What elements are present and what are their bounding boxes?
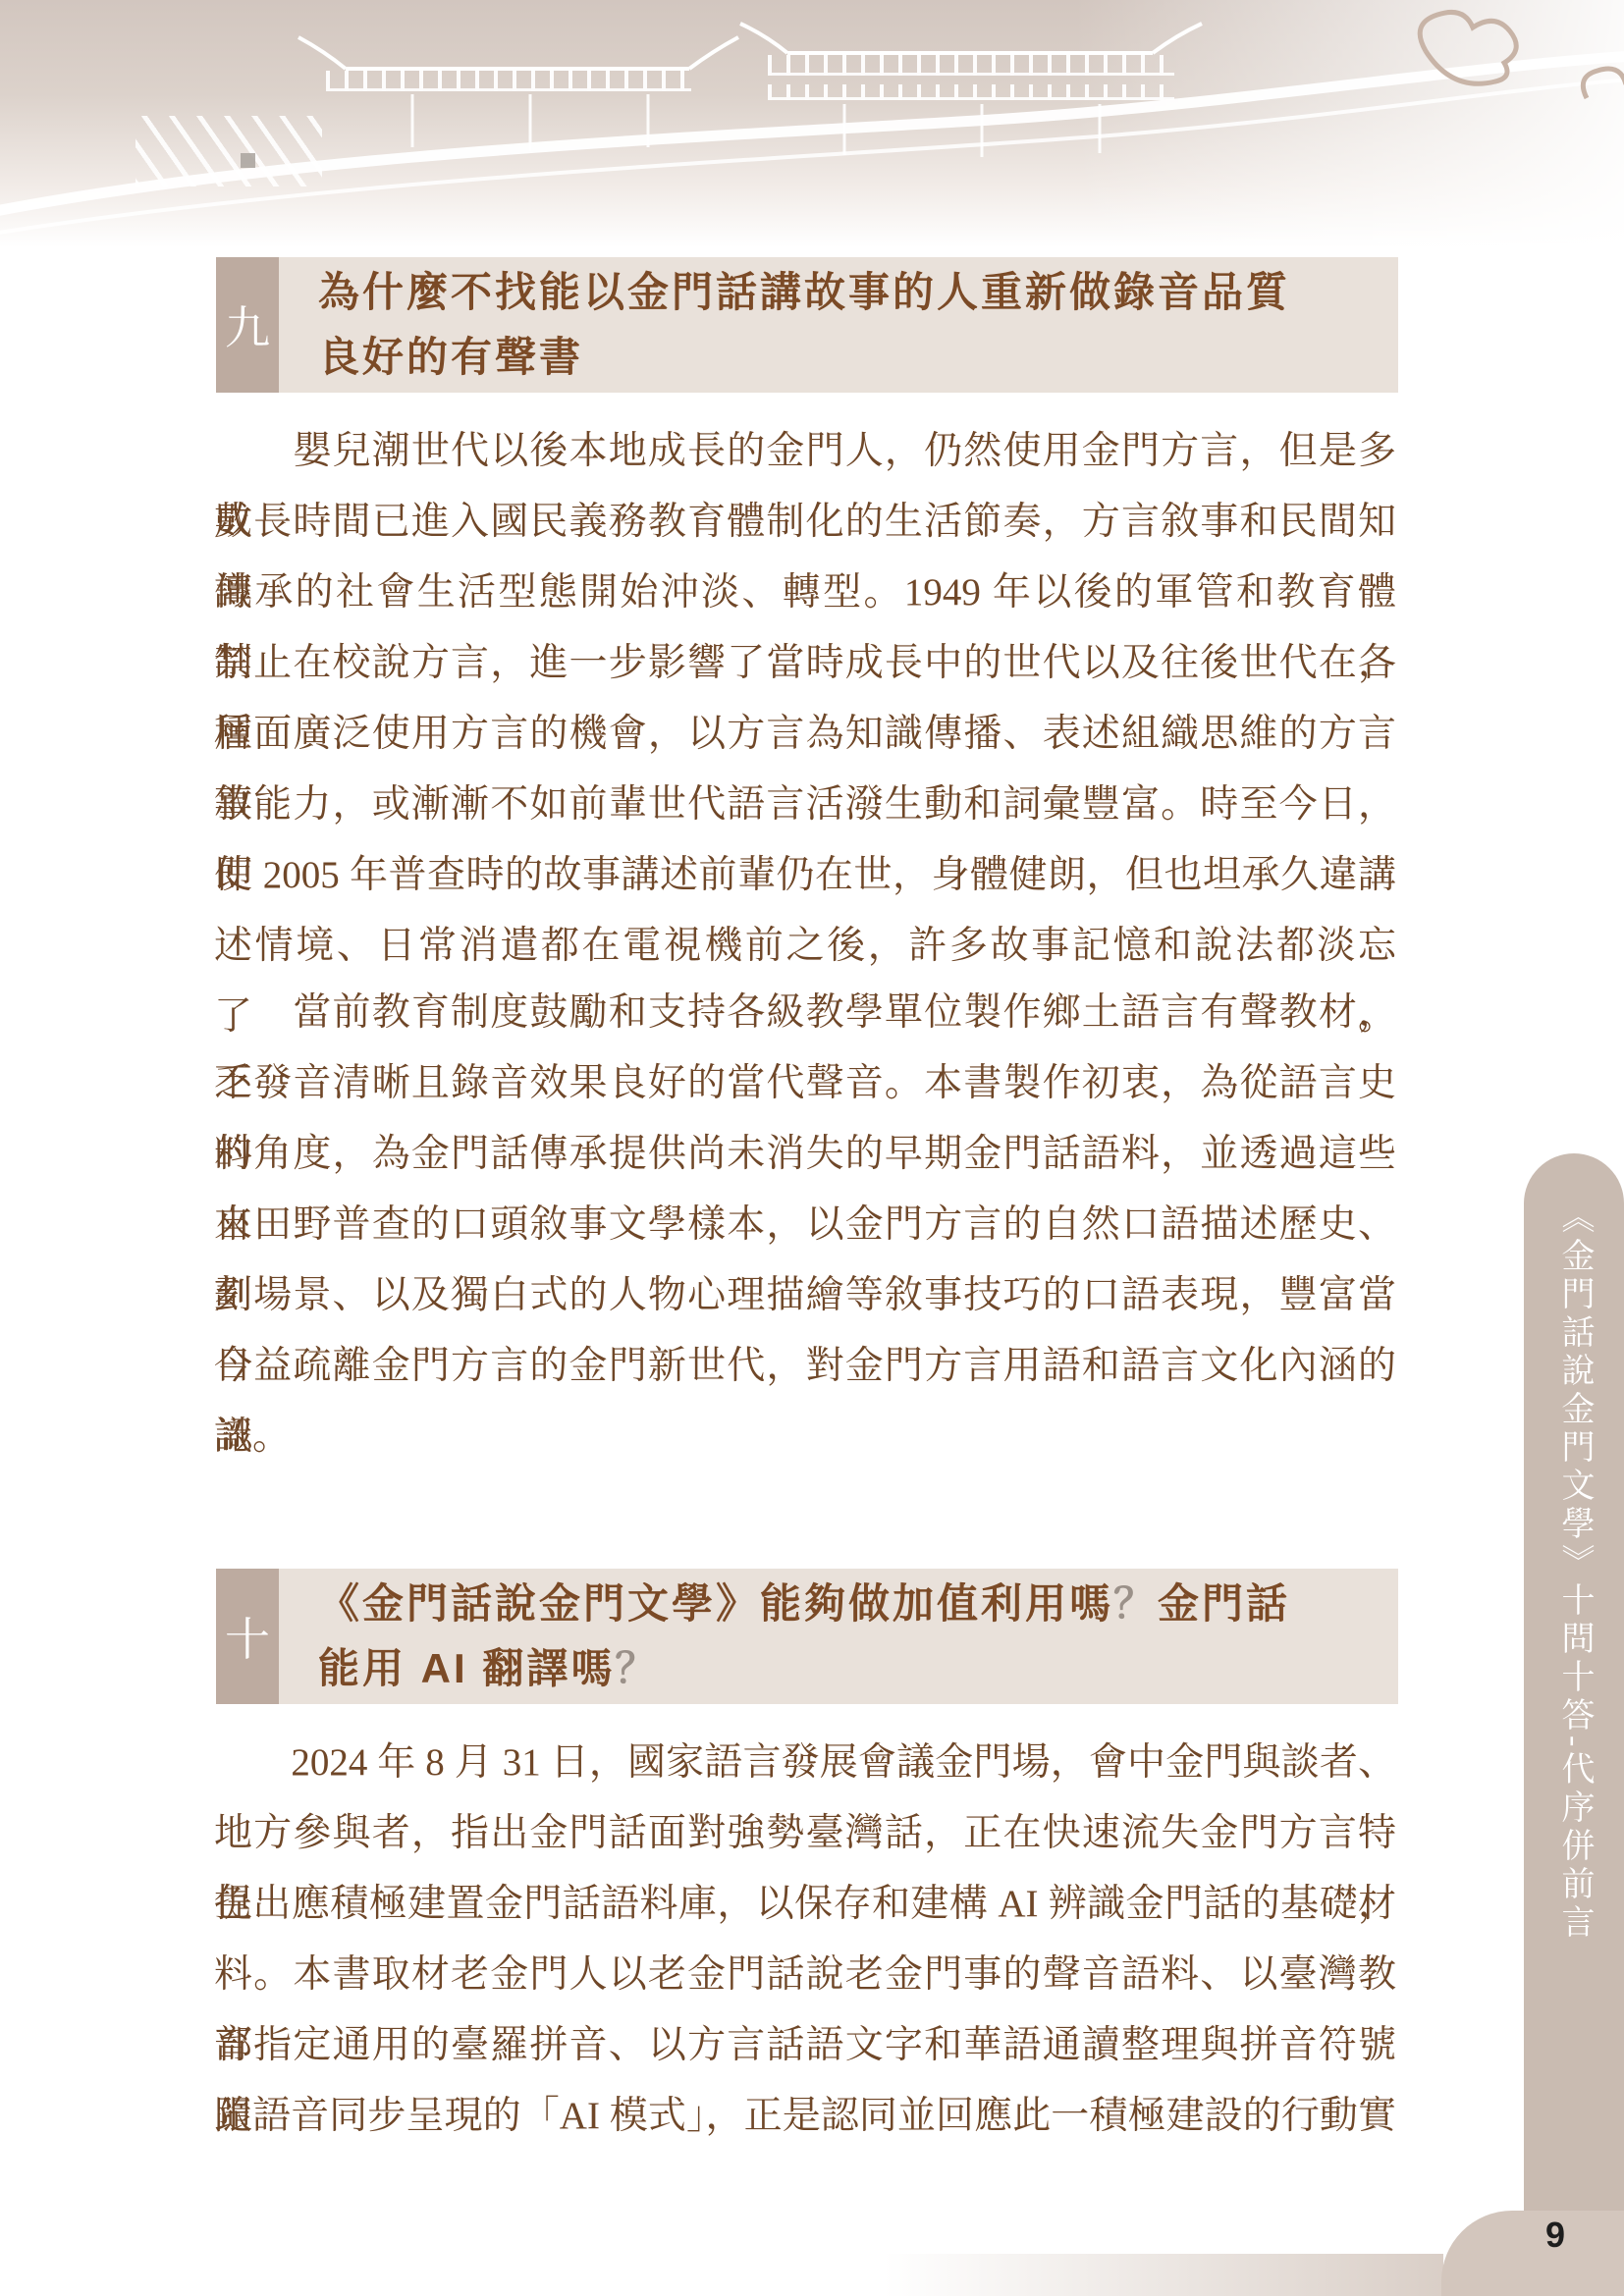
muted-question-mark: ？ bbox=[615, 1645, 659, 1691]
text-line: 層面廣泛使用方言的機會，以方言為知識傳播、表述組織思維的方言敘 bbox=[214, 699, 1396, 770]
cloud-motif-partial bbox=[1583, 69, 1624, 109]
section-title-line: 良好的有聲書 bbox=[318, 325, 1398, 390]
section-title-nine: 為什麼不找能以金門話講故事的人重新做錄音品質 良好的有聲書 bbox=[279, 257, 1398, 393]
decor-square bbox=[241, 153, 255, 168]
text-line: 使 2005 年普查時的故事講述前輩仍在世，身體健朗，但也坦承久違講 bbox=[214, 840, 1396, 911]
bottom-fade-strip bbox=[884, 2254, 1443, 2296]
text-line: 地方參與者，指出金門話面對強勢臺灣話，正在快速流失金門方言特色， bbox=[214, 1798, 1396, 1869]
paragraph: 嬰兒潮世代以後本地成長的金門人，仍然使用金門方言，但是多數成長時間已進入國民義務… bbox=[214, 416, 1396, 982]
title-text: 為什麼不找能以金門話講故事的人重新做錄音品質 bbox=[318, 269, 1290, 315]
text-line: 乏發音清晰且錄音效果良好的當代聲音。本書製作初衷，為從語言史料 bbox=[214, 1048, 1396, 1119]
section-number-label: 十 bbox=[225, 1604, 270, 1669]
sidebar-vertical-title: 《金門話說金門文學》十問十答-代序併前言 bbox=[1524, 1200, 1624, 2230]
title-text: 金門話 bbox=[1158, 1580, 1290, 1627]
hatch-lines-motif bbox=[135, 116, 322, 187]
roof-tiles-right bbox=[768, 55, 1174, 76]
text-line: 成長時間已進入國民義務教育體制化的生活節奏，方言敘事和民間知識 bbox=[214, 487, 1396, 558]
title-text: 能用 AI 翻譯嗎 bbox=[318, 1645, 615, 1691]
text-line: 劃場景、以及獨白式的人物心理描繪等敘事技巧的口語表現，豐富當今 bbox=[214, 1260, 1396, 1331]
text-line: 自田野普查的口頭敘事文學樣本，以金門方言的自然口語描述歷史、刻 bbox=[214, 1190, 1396, 1260]
roof-ridge-right bbox=[740, 24, 1202, 53]
text-line: 2024 年 8 月 31 日，國家語言發展會議金門場，會中金門與談者、 bbox=[214, 1728, 1396, 1798]
text-line: 述情境、日常消遣都在電視機前之後，許多故事記憶和說法都淡忘了。 bbox=[214, 911, 1396, 982]
text-line: 當前教育制度鼓勵和支持各級教學單位製作鄉土語言有聲教材，不 bbox=[214, 978, 1396, 1048]
section-number-box-ten: 十 bbox=[216, 1569, 279, 1704]
text-line: 隨語音同步呈現的「AI 模式」，正是認同並回應此一積極建設的行動實 bbox=[214, 2081, 1396, 2152]
section-title-line: 《金門話說金門文學》能夠做加值利用嗎？金門話 bbox=[318, 1572, 1398, 1636]
title-text: 良好的有聲書 bbox=[318, 334, 583, 380]
section-title-line: 能用 AI 翻譯嗎？ bbox=[318, 1636, 1398, 1701]
title-text: 《金門話說金門文學》能夠做加值利用嗎 bbox=[318, 1580, 1113, 1627]
text-line: 部指定通用的臺羅拼音、以方言話語文字和華語通讀整理與拼音符號跟 bbox=[214, 2010, 1396, 2081]
text-line: 料。本書取材老金門人以老金門話說老金門事的聲音語料、以臺灣教育 bbox=[214, 1940, 1396, 2010]
text-line: 嬰兒潮世代以後本地成長的金門人，仍然使用金門方言，但是多數 bbox=[214, 416, 1396, 487]
roof-tiles-right-lower bbox=[768, 84, 1174, 100]
section-title-ten: 《金門話說金門文學》能夠做加值利用嗎？金門話 能用 AI 翻譯嗎？ bbox=[279, 1569, 1398, 1704]
roof-ridge-left bbox=[298, 37, 738, 69]
text-line: 提出應積極建置金門話語料庫，以保存和建構 AI 辨識金門話的基礎材 bbox=[214, 1869, 1396, 1940]
page-number: 9 bbox=[1532, 2215, 1579, 2256]
book-page: 九 為什麼不找能以金門話講故事的人重新做錄音品質 良好的有聲書 嬰兒潮世代以後本… bbox=[0, 0, 1624, 2296]
roof-tiles-left bbox=[326, 71, 691, 91]
text-line: 事能力，或漸漸不如前輩世代語言活潑生動和詞彙豐富。時至今日，即 bbox=[214, 770, 1396, 840]
text-line: 日益疏離金門方言的金門新世代，對金門方言用語和語言文化內涵的認 bbox=[214, 1331, 1396, 1402]
text-line: 傳承的社會生活型態開始沖淡、轉型。1949 年以後的軍管和教育體制， bbox=[214, 558, 1396, 628]
section-number-label: 九 bbox=[225, 293, 270, 357]
section-number-box-nine: 九 bbox=[216, 257, 279, 393]
paragraph: 2024 年 8 月 31 日，國家語言發展會議金門場，會中金門與談者、地方參與… bbox=[214, 1728, 1396, 2152]
text-line: 禁止在校說方言，進一步影響了當時成長中的世代以及往後世代在各種 bbox=[214, 628, 1396, 699]
paragraph: 當前教育制度鼓勵和支持各級教學單位製作鄉土語言有聲教材，不乏發音清晰且錄音效果良… bbox=[214, 978, 1396, 1472]
section-title-line: 為什麼不找能以金門話講故事的人重新做錄音品質 bbox=[318, 260, 1398, 325]
text-line: 識。 bbox=[214, 1402, 1396, 1472]
muted-question-mark: ？ bbox=[1113, 1580, 1158, 1627]
text-line: 的角度，為金門話傳承提供尚未消失的早期金門話語料，並透過這些來 bbox=[214, 1119, 1396, 1190]
